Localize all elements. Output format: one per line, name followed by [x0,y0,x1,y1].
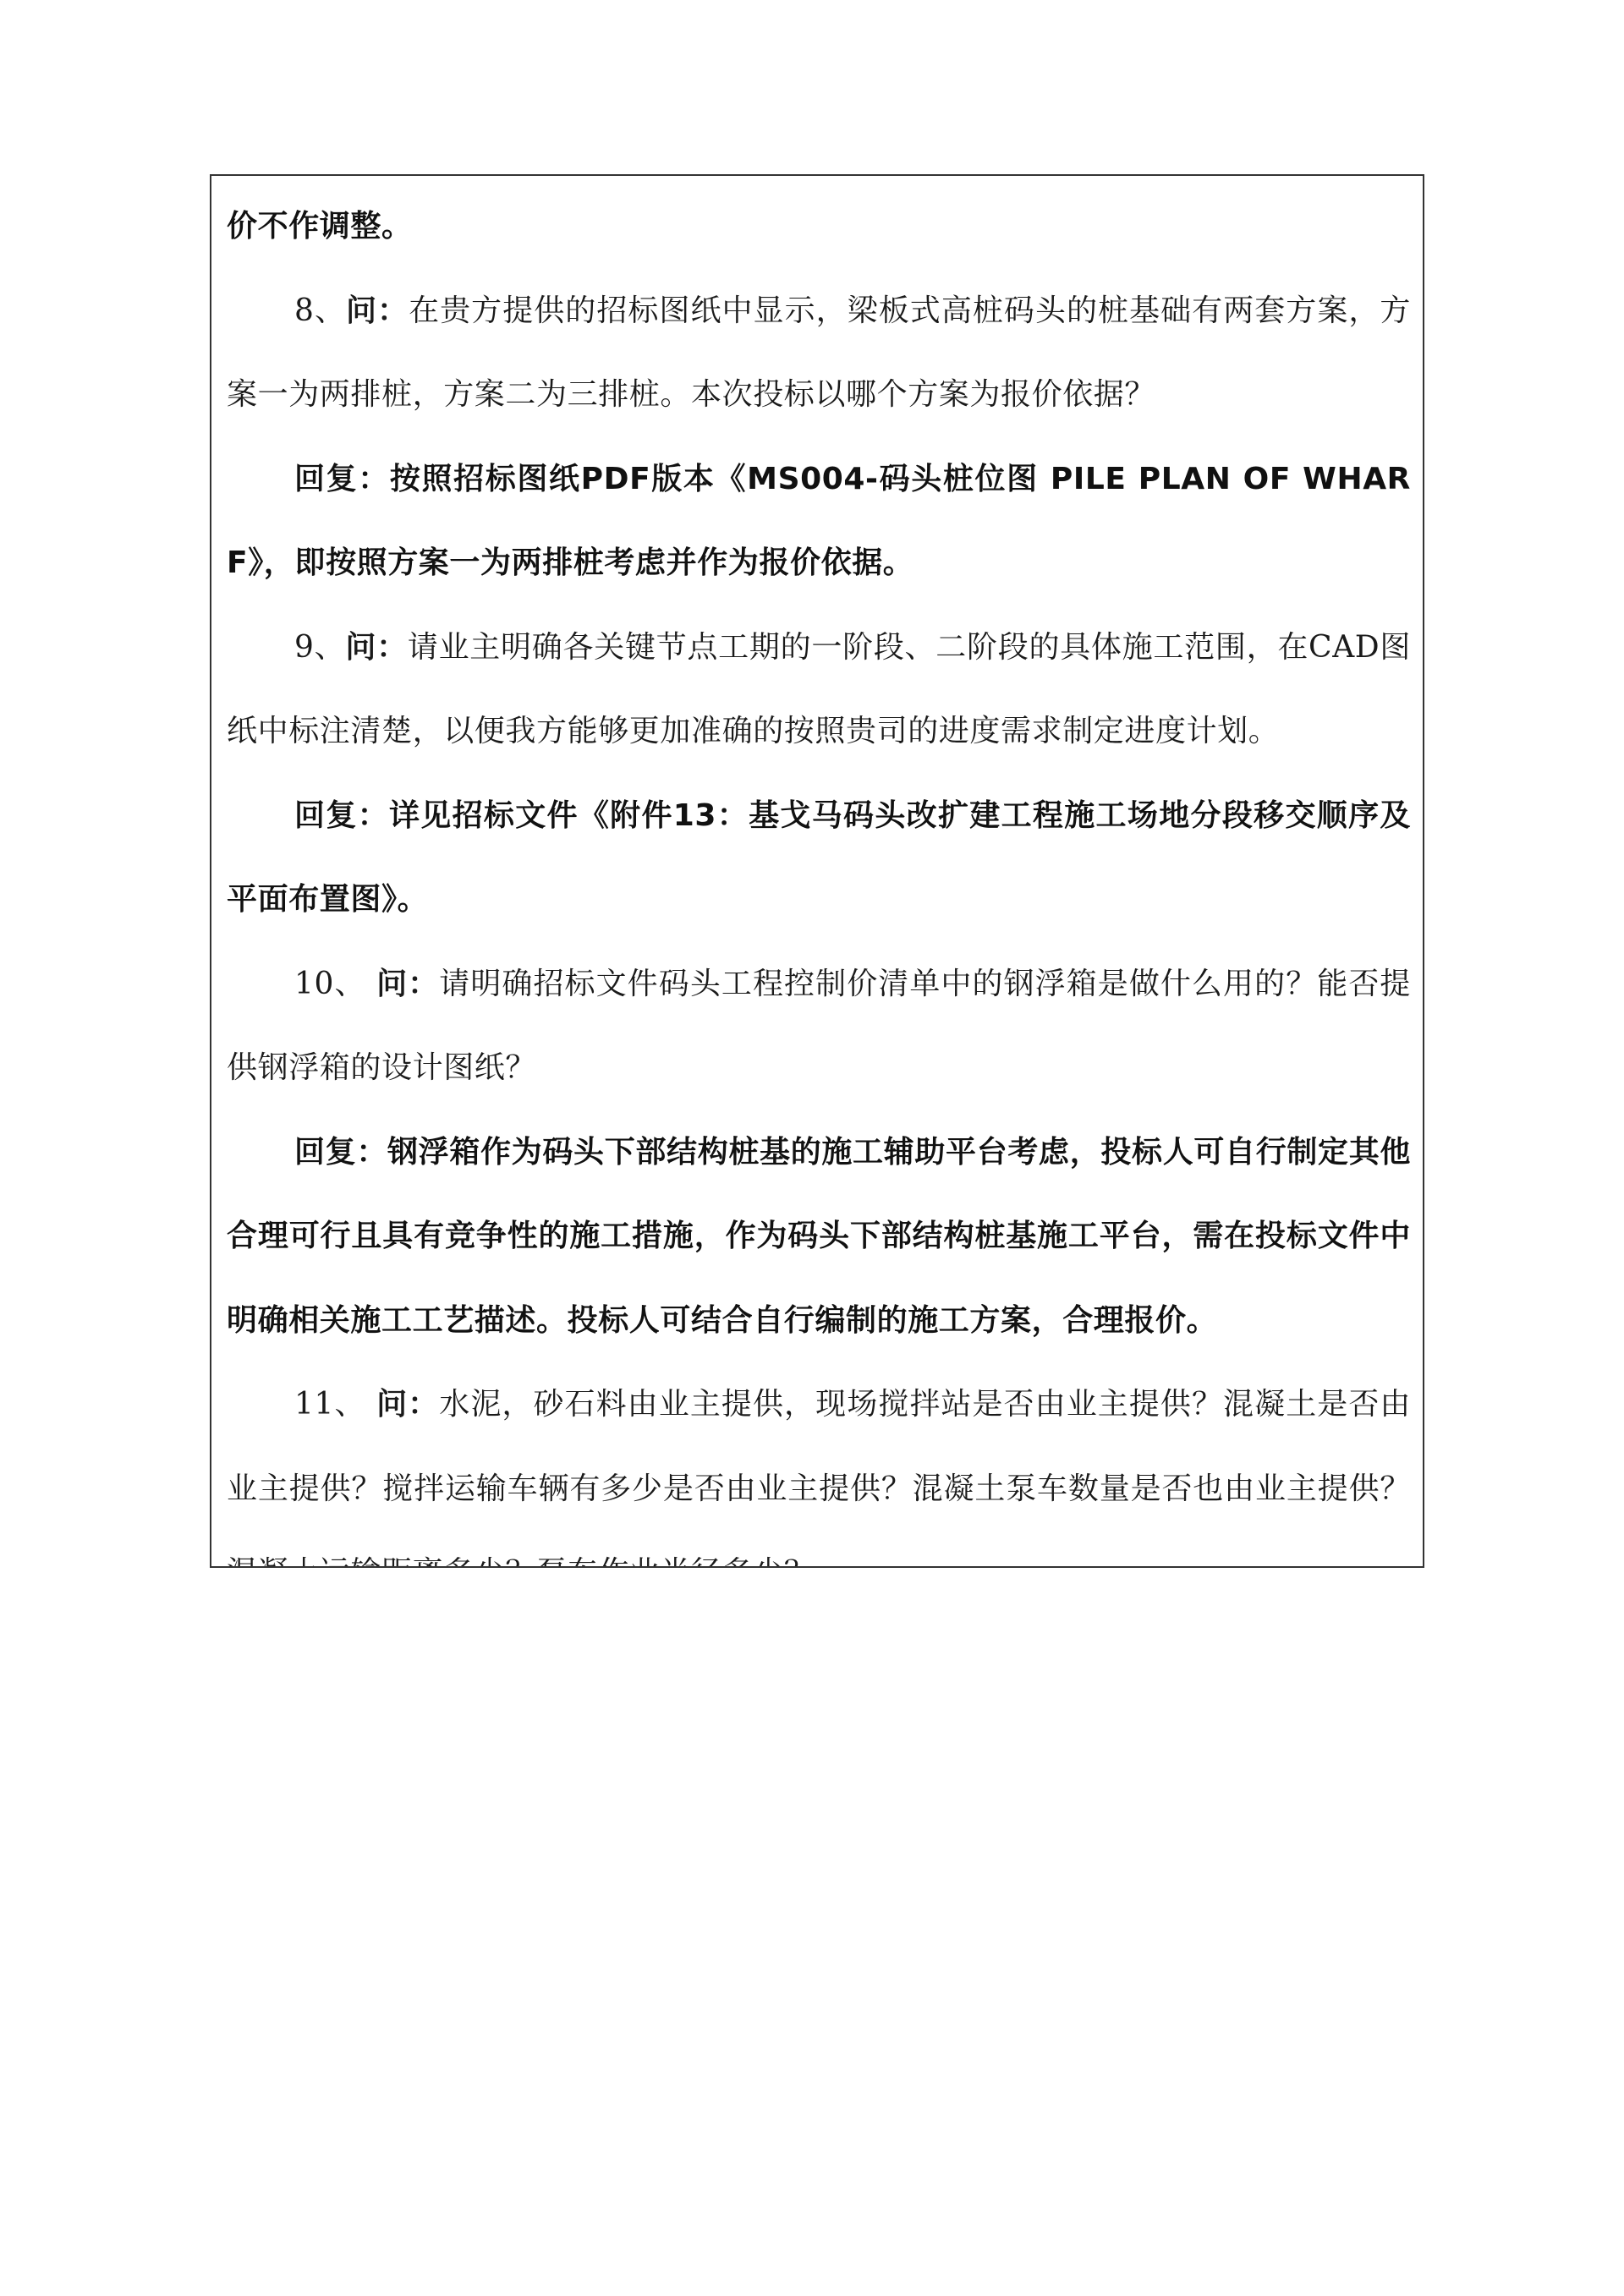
question-8: 8、问：在贵方提供的招标图纸中显示，梁板式高桩码头的桩基础有两套方案，方案一为两… [227,269,1411,437]
question-label: 问： [376,1387,439,1422]
reply-label: 回复： [294,798,389,833]
question-number: 11、 [294,1387,366,1422]
reply-8: 回复：按照招标图纸PDF版本《MS004-码头桩位图 PILE PLAN OF … [227,437,1411,606]
question-label: 问： [346,293,409,328]
continuation-text: 价不作调整。 [227,184,1411,269]
question-label: 问： [376,967,439,1001]
question-9: 9、问：请业主明确各关键节点工期的一阶段、二阶段的具体施工范围，在CAD图纸中标… [227,606,1411,774]
reply-9: 回复：详见招标文件《附件13：基戈马码头改扩建工程施工场地分段移交顺序及平面布置… [227,774,1411,942]
reply-text: 钢浮箱作为码头下部结构桩基的施工辅助平台考虑，投标人可自行制定其他合理可行且具有… [227,1135,1411,1338]
reply-10: 回复：钢浮箱作为码头下部结构桩基的施工辅助平台考虑，投标人可自行制定其他合理可行… [227,1110,1411,1363]
reply-label: 回复： [294,1135,387,1170]
reply-text: 详见招标文件《附件13：基戈马码头改扩建工程施工场地分段移交顺序及平面布置图》。 [227,798,1411,918]
question-number: 10、 [294,967,366,1001]
question-11: 11、 问：水泥，砂石料由业主提供，现场搅拌站是否由业主提供？混凝土是否由业主提… [227,1362,1411,1568]
question-label: 问： [345,630,407,665]
question-10: 10、 问：请明确招标文件码头工程控制价清单中的钢浮箱是做什么用的？能否提供钢浮… [227,942,1411,1110]
document-content-box: 价不作调整。 8、问：在贵方提供的招标图纸中显示，梁板式高桩码头的桩基础有两套方… [210,174,1424,1568]
question-number: 9、 [294,630,345,665]
question-number: 8、 [294,293,346,328]
reply-text: 按照招标图纸PDF版本《MS004-码头桩位图 PILE PLAN OF WHA… [227,462,1411,581]
reply-label: 回复： [294,462,390,496]
